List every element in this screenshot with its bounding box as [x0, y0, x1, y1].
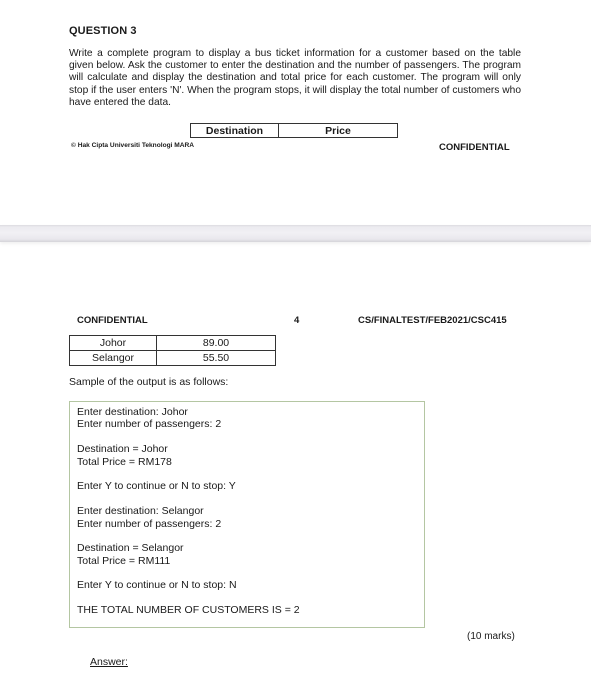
output-blank-line — [77, 592, 424, 604]
price-cell: 55.50 — [157, 351, 275, 365]
output-blank-line — [77, 493, 424, 505]
question-title: QUESTION 3 — [69, 25, 137, 37]
output-line: Enter number of passengers: 2 — [77, 418, 424, 430]
marks-label: (10 marks) — [467, 631, 515, 642]
output-line: Total Price = RM111 — [77, 555, 424, 567]
output-line: Destination = Selangor — [77, 542, 424, 554]
output-line: Enter number of passengers: 2 — [77, 518, 424, 530]
price-table-body: Johor 89.00 Selangor 55.50 — [69, 335, 276, 366]
header-destination: Destination — [191, 124, 279, 137]
question-text: Write a complete program to display a bu… — [69, 48, 521, 109]
confidential-header: CONFIDENTIAL — [77, 315, 148, 326]
exam-code: CS/FINALTEST/FEB2021/CSC415 — [358, 315, 507, 326]
output-line: Total Price = RM178 — [77, 456, 424, 468]
header-price: Price — [279, 124, 397, 137]
output-line: Destination = Johor — [77, 443, 424, 455]
confidential-footer: CONFIDENTIAL — [439, 142, 510, 153]
page-break — [0, 225, 591, 242]
output-blank-line — [77, 567, 424, 579]
copyright-footer: © Hak Cipta Universiti Teknologi MARA — [71, 142, 194, 149]
price-cell: 89.00 — [157, 336, 275, 350]
sample-output-box: Enter destination: JohorEnter number of … — [69, 401, 425, 628]
answer-label: Answer: — [90, 656, 128, 668]
output-blank-line — [77, 468, 424, 480]
sample-output-label: Sample of the output is as follows: — [69, 376, 228, 388]
table-row: Selangor 55.50 — [70, 350, 275, 365]
table-row: Johor 89.00 — [70, 336, 275, 350]
output-line: Enter Y to continue or N to stop: Y — [77, 480, 424, 492]
output-line: Enter Y to continue or N to stop: N — [77, 579, 424, 591]
destination-cell: Johor — [70, 336, 157, 350]
output-line: Enter destination: Selangor — [77, 505, 424, 517]
output-blank-line — [77, 530, 424, 542]
output-blank-line — [77, 431, 424, 443]
destination-cell: Selangor — [70, 351, 157, 365]
output-line: Enter destination: Johor — [77, 406, 424, 418]
page-number: 4 — [294, 315, 299, 326]
price-table-header: Destination Price — [190, 123, 398, 138]
output-line: THE TOTAL NUMBER OF CUSTOMERS IS = 2 — [77, 604, 424, 616]
